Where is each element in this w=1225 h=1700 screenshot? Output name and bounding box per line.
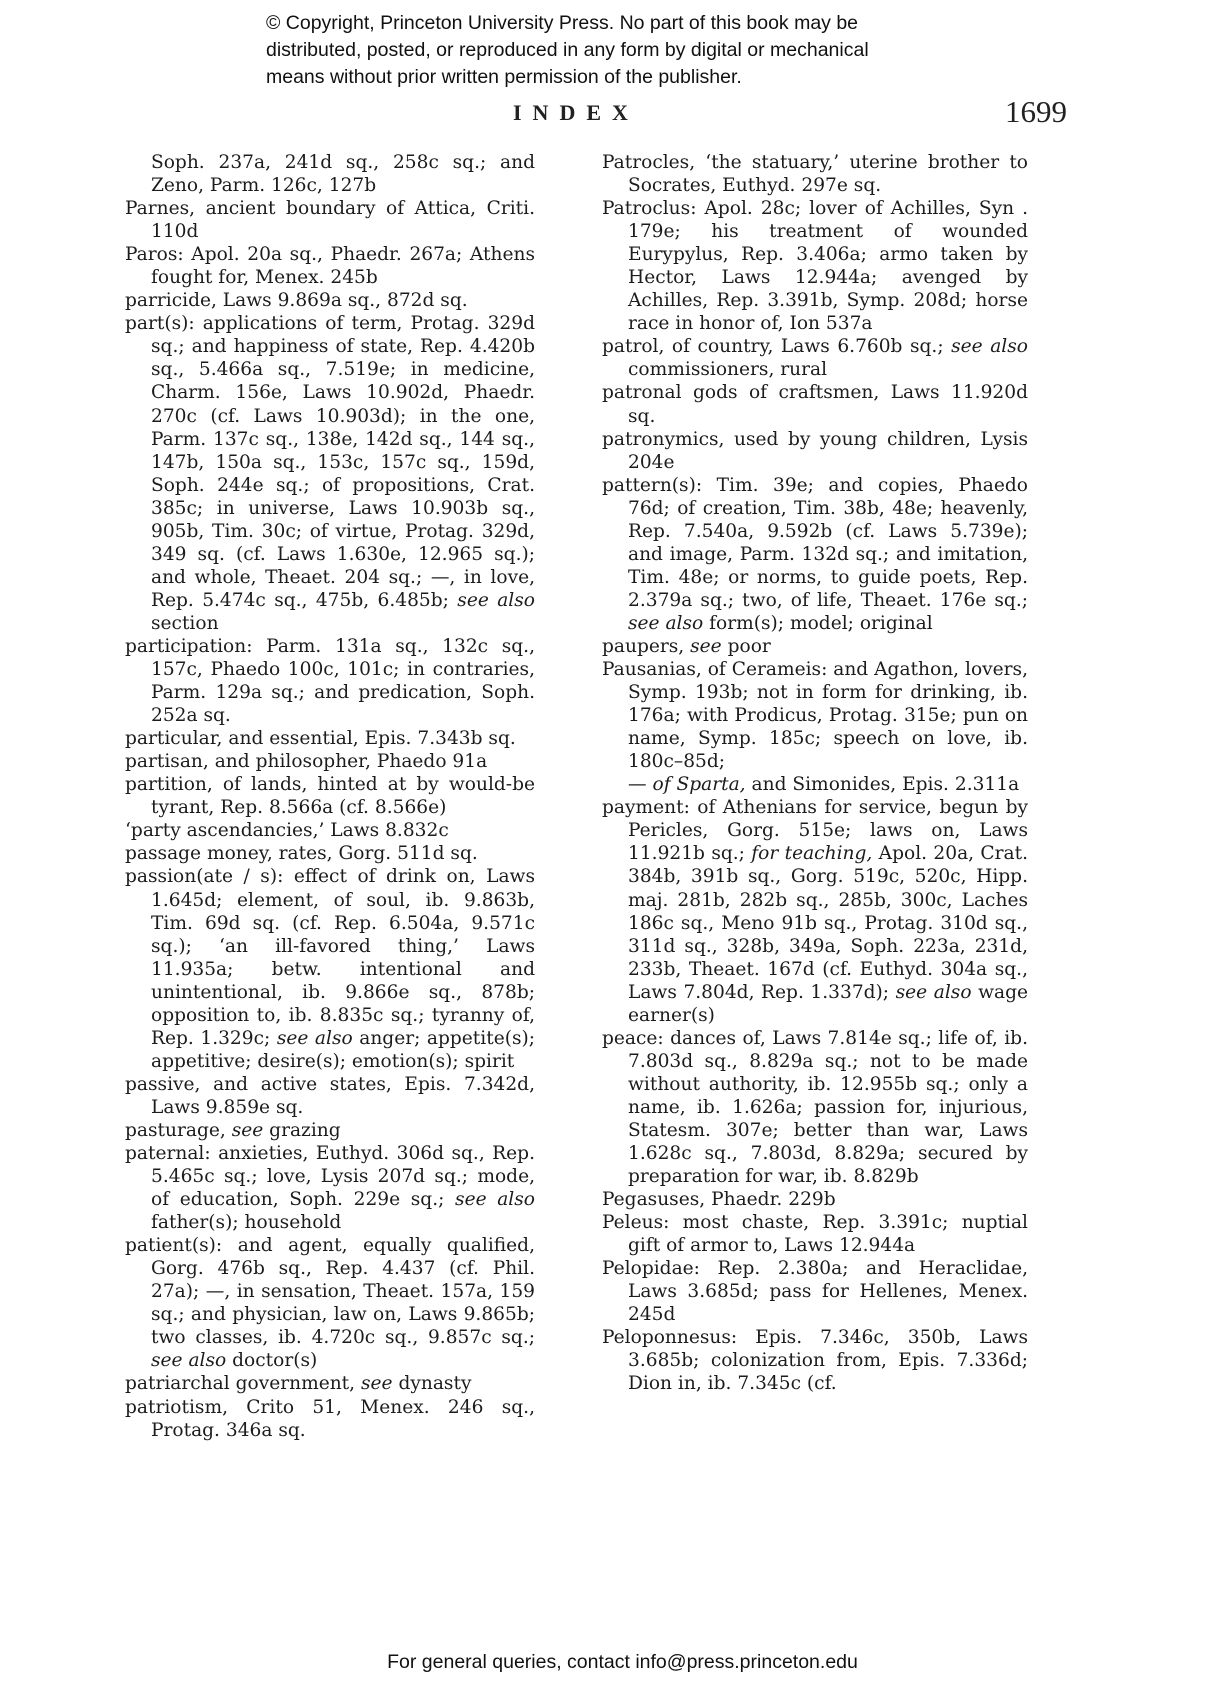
index-entry: patrol, of country, Laws 6.760b sq.; see… [602,335,1028,381]
index-entry: particular, and essential, Epis. 7.343b … [125,727,535,750]
index-entry: ‘party ascendancies,’ Laws 8.832c [125,819,535,842]
see-also-label: see also [896,982,972,1003]
index-column-left: Soph. 237a, 241d sq., 258c sq.; and Zeno… [125,151,535,1442]
index-entry: paupers, see poor [602,635,1028,658]
footer-contact: For general queries, contact info@press.… [0,1651,1225,1674]
index-entry: patient(s): and agent, equally qualified… [125,1234,535,1372]
index-entry: parricide, Laws 9.869a sq., 872d sq. [125,289,535,312]
index-entry: patriarchal government, see dynasty [125,1372,535,1395]
index-entry: Parnes, ancient boundary of Attica, Crit… [125,197,535,243]
see-label: see [690,636,722,657]
index-entry: Paros: Apol. 20a sq., Phaedr. 267a; Athe… [125,243,535,289]
copyright-line: distributed, posted, or reproduced in an… [266,37,986,64]
see-label: see [361,1373,393,1394]
index-entry: patronymics, used by young children, Lys… [602,428,1028,474]
see-also-label: see also [455,1189,535,1210]
index-entry: — of Sparta, and Simonides, Epis. 2.311a [602,773,1028,796]
see-also-label: see also [951,336,1028,357]
see-also-label: see also [151,1350,226,1371]
copyright-line: © Copyright, Princeton University Press.… [266,10,986,37]
index-entry: participation: Parm. 131a sq., 132c sq.,… [125,635,535,727]
index-entry: Pegasuses, Phaedr. 229b [602,1188,1028,1211]
index-entry: partisan, and philosopher, Phaedo 91a [125,750,535,773]
index-entry: Peleus: most chaste, Rep. 3.391c; nuptia… [602,1211,1028,1257]
index-entry: Soph. 237a, 241d sq., 258c sq.; and Zeno… [125,151,535,197]
index-entry: passive, and active states, Epis. 7.342d… [125,1073,535,1119]
index-column-right: Patrocles, ‘the statuary,’ uterine broth… [602,151,1028,1396]
index-entry: pattern(s): Tim. 39e; and copies, Phaedo… [602,474,1028,635]
index-entry: paternal: anxieties, Euthyd. 306d sq., R… [125,1142,535,1234]
index-entry: patronal gods of craftsmen, Laws 11.920d… [602,381,1028,427]
page-number: 1699 [1005,94,1067,130]
index-entry: Pausanias, of Cerameis: and Agathon, lov… [602,658,1028,773]
index-entry: part(s): applications of term, Protag. 3… [125,312,535,635]
running-head: INDEX 1699 [0,98,1225,138]
index-entry: peace: dances of, Laws 7.814e sq.; life … [602,1027,1028,1188]
index-entry: passage money, rates, Gorg. 511d sq. [125,842,535,865]
see-also-label: see also [277,1028,353,1049]
index-entry: payment: of Athenians for service, begun… [602,796,1028,1026]
page-title: INDEX [513,100,639,126]
see-also-label: see also [628,613,703,634]
see-label: see [232,1120,264,1141]
index-entry: Patroclus: Apol. 28c; lover of Achilles,… [602,197,1028,335]
index-entry: Peloponnesus: Epis. 7.346c, 350b, Laws 3… [602,1326,1028,1395]
index-entry: Patrocles, ‘the statuary,’ uterine broth… [602,151,1028,197]
index-entry: Pelopidae: Rep. 2.380a; and Heraclidae, … [602,1257,1028,1326]
index-entry: patriotism, Crito 51, Menex. 246 sq., Pr… [125,1396,535,1442]
see-also-label: see also [457,590,535,611]
copyright-line: means without prior written permission o… [266,64,986,91]
index-entry: pasturage, see grazing [125,1119,535,1142]
copyright-notice: © Copyright, Princeton University Press.… [266,10,986,91]
index-entry: passion(ate / s): effect of drink on, La… [125,865,535,1072]
index-entry: partition, of lands, hinted at by would-… [125,773,535,819]
